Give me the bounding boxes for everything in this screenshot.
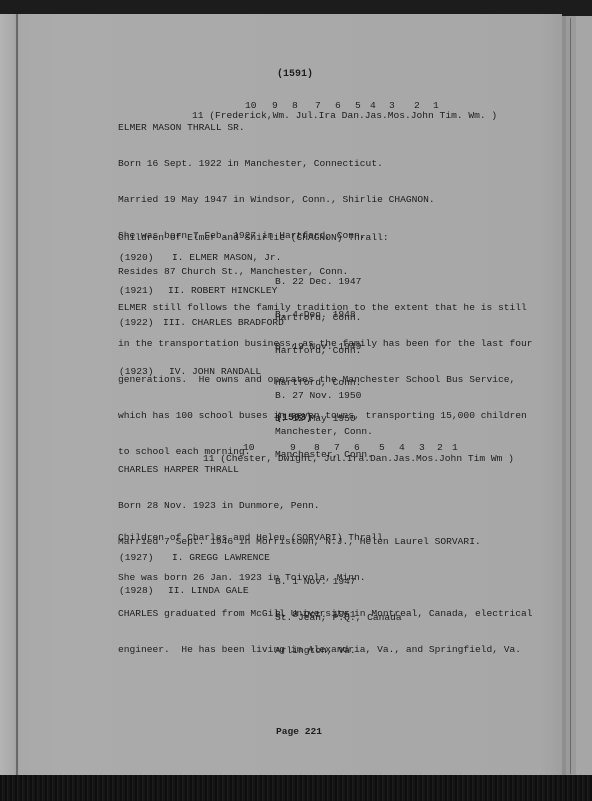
next-page-edge — [562, 16, 592, 776]
entry-id: (1591) — [277, 69, 313, 81]
child-info-line: B. 27 Nov. 1950 — [275, 390, 373, 402]
child-name: II. ROBERT HINCKLEY — [168, 285, 277, 297]
person-name: ELMER MASON THRALL SR. — [118, 122, 245, 134]
child-info: B. 8 Oct. 1951 Arlington, Va. — [275, 585, 356, 681]
generation-number: 5 — [379, 442, 385, 453]
child-name: III. CHARLES BRADFORD — [163, 317, 284, 329]
child-number: (1921) — [119, 285, 154, 297]
child-name: IV. JOHN RANDALL — [169, 366, 261, 378]
binding-spine — [16, 14, 18, 778]
generation-number: 9 — [290, 442, 296, 453]
scan-border-bottom — [0, 775, 592, 801]
child-number: (1927) — [119, 552, 154, 564]
generation-number: 4 — [399, 442, 405, 453]
child-name: II. LINDA GALE — [168, 585, 249, 597]
child-name: I. GREGG LAWRENCE — [172, 552, 270, 564]
generation-number: 8 — [314, 442, 320, 453]
child-info-line: Arlington, Va. — [275, 645, 356, 657]
lineage: 11 (Frederick,Wm. Jul.Ira Dan.Jas.Mos.Jo… — [192, 110, 497, 122]
children-heading: Children of Charles and Helen (SORVARI) … — [118, 532, 383, 544]
body-line: Born 16 Sept. 1922 in Manchester, Connec… — [118, 158, 533, 170]
child-number: (1928) — [119, 585, 154, 597]
child-name: I. ELMER MASON, Jr. — [172, 252, 281, 264]
children-heading: Children of Elmer and Shirlie (CHAGNON) … — [118, 232, 389, 244]
entry-id: (1593) — [276, 413, 312, 425]
generation-number: 3 — [419, 442, 425, 453]
child-number: (1923) — [119, 366, 154, 378]
child-number: (1922) — [119, 317, 154, 329]
child-info-line: B. 8 Oct. 1951 — [275, 609, 356, 621]
generation-number: 10 — [243, 442, 255, 453]
page-edge-line — [570, 18, 571, 774]
lineage: 11 (Chester, Dwight, Jul.Ira.Dan.Jas.Mos… — [203, 453, 514, 465]
generation-number: 7 — [334, 442, 340, 453]
body-line: Married 19 May 1947 in Windsor, Conn., S… — [118, 194, 533, 206]
child-number: (1920) — [119, 252, 154, 264]
child-info-line: Manchester, Conn. — [275, 426, 373, 438]
person-name: CHARLES HARPER THRALL — [118, 464, 239, 476]
generation-number: 6 — [354, 442, 360, 453]
page-number: Page 221 — [276, 726, 322, 738]
child-info-line: B. 19 Nov. 1949 — [275, 341, 373, 353]
generation-number: 1 — [452, 442, 458, 453]
body-line: Born 28 Nov. 1923 in Dunmore, Penn. — [118, 500, 533, 512]
generation-number: 2 — [437, 442, 443, 453]
